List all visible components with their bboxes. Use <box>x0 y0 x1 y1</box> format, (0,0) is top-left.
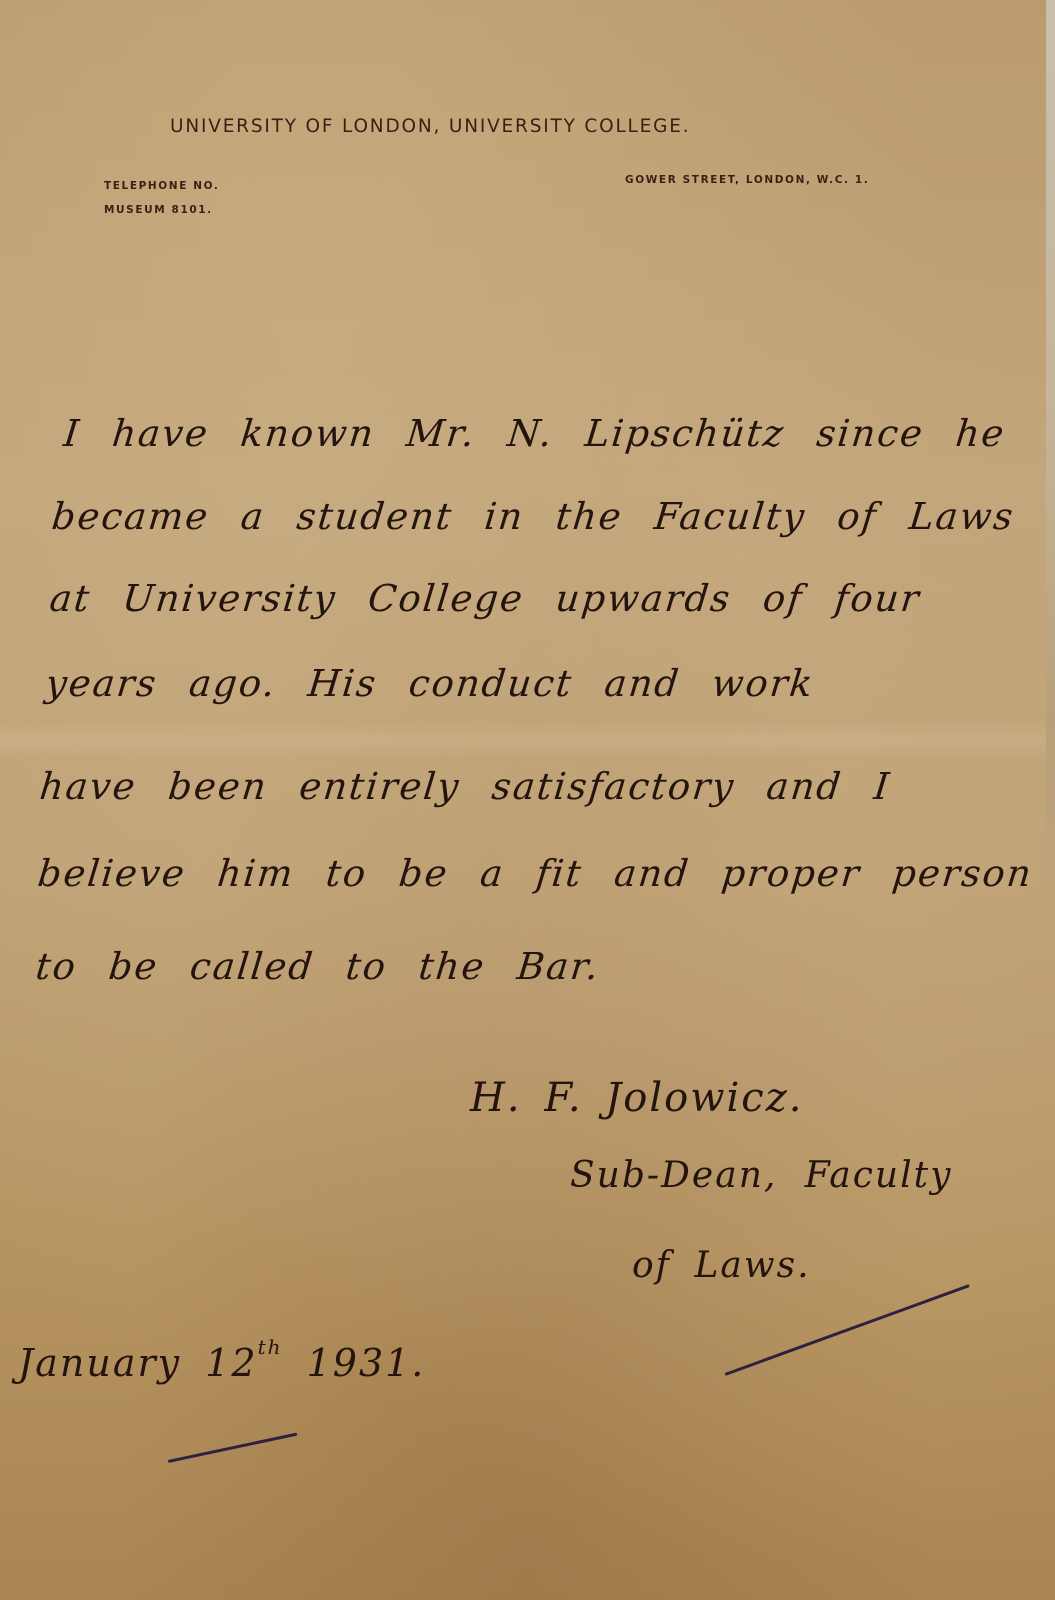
date-year: 1931. <box>307 1341 426 1385</box>
letterhead-address: GOWER STREET, LONDON, W.C. 1. <box>625 174 869 186</box>
letter-date: January 12th 1931. <box>18 1335 425 1385</box>
paper-edge <box>1046 0 1055 1600</box>
body-line: at University College upwards of four <box>48 577 923 620</box>
body-line: became a student in the Faculty of Laws <box>50 495 1017 538</box>
signature-name: H. F. Jolowicz. <box>470 1075 803 1121</box>
telephone-number: MUSEUM 8101. <box>104 204 213 216</box>
body-line: have been entirely satisfactory and I <box>38 765 893 808</box>
date-month: January <box>18 1341 181 1385</box>
paper-fold <box>0 720 1055 760</box>
signature-title-continued: of Laws. <box>632 1245 811 1286</box>
signature-title: Sub-Dean, Faculty <box>570 1155 952 1196</box>
telephone-label: TELEPHONE NO. <box>104 180 220 192</box>
body-line: to be called to the Bar. <box>34 945 602 988</box>
date-day-suffix: th <box>258 1335 283 1359</box>
date-day: 12th <box>205 1341 282 1385</box>
body-line: believe him to be a fit and proper perso… <box>36 852 1035 895</box>
body-line: I have known Mr. N. Lipschütz since he <box>62 412 1008 455</box>
body-line: years ago. His conduct and work <box>44 662 817 705</box>
letterhead-title: UNIVERSITY OF LONDON, UNIVERSITY COLLEGE… <box>170 116 840 137</box>
